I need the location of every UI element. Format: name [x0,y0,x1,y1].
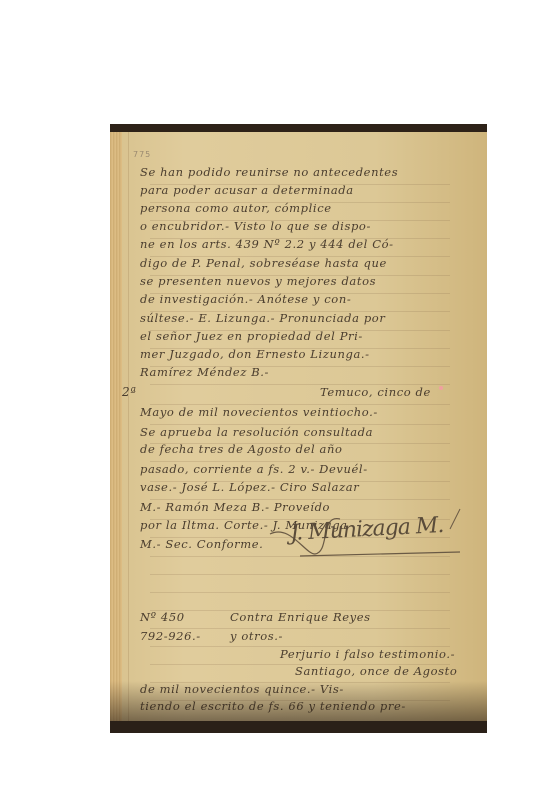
entry-title: y otros.- [230,629,283,643]
text-line: mer Juzgado, don Ernesto Lizunga.- [140,347,370,361]
text-line: pasado, corriente a fs. 2 v.- Devuél- [140,462,368,476]
text-line: de investigación.- Anótese y con- [140,292,351,306]
text-line: de fecha tres de Agosto del año [140,442,343,456]
text-line: Se aprueba la resolución consultada [140,425,373,439]
book-bottom-edge [110,721,487,733]
text-line: el señor Juez en propiedad del Pri- [140,329,363,343]
ledger-page: 775 Se han podido reunirse no antecedent… [110,132,487,721]
margin-line [128,132,129,721]
text-line: ne en los arts. 439 Nº 2.2 y 444 del Có- [140,237,394,251]
text-line: de mil novecientos quince.- Vis- [140,682,344,696]
entry-reference: 792-926.- [140,629,201,643]
text-line: se presenten nuevos y mejores datos [140,274,376,288]
ledger-book: 775 Se han podido reunirse no antecedent… [110,124,487,733]
ruled-line [150,574,450,575]
marginal-note: 2ª [122,385,137,399]
text-line: súltese.- E. Lizunga.- Pronunciada por [140,311,385,325]
text-line: o encubridor.- Visto lo que se dispo- [140,219,371,233]
entry-charge: Perjurio i falso testimonio.- [280,647,455,661]
text-line: Se han podido reunirse no antecedentes [140,165,398,179]
text-line: Mayo de mil novecientos veintiocho.- [140,405,378,419]
pink-mark [439,386,443,390]
entry-title: Contra Enrique Reyes [230,610,371,624]
ruled-line [150,592,450,593]
entry-number: Nº 450 [140,610,185,624]
text-line: Temuco, cinco de [320,385,431,399]
text-line: vase.- José L. López.- Ciro Salazar [140,480,359,494]
text-line: Santiago, once de Agosto [295,664,457,678]
text-line: para poder acusar a determinada [140,183,354,197]
text-line: Ramírez Méndez B.- [140,365,269,379]
text-line: M.- Sec. Conforme. [140,537,263,551]
text-line: persona como autor, cómplice [140,201,332,215]
text-line: tiendo el escrito de fs. 66 y teniendo p… [140,699,406,713]
ruled-line [150,700,450,701]
text-line: digo de P. Penal, sobreséase hasta que [140,256,387,270]
ruled-line [150,682,450,683]
page-edges [110,132,122,721]
page-number: 775 [133,150,151,159]
